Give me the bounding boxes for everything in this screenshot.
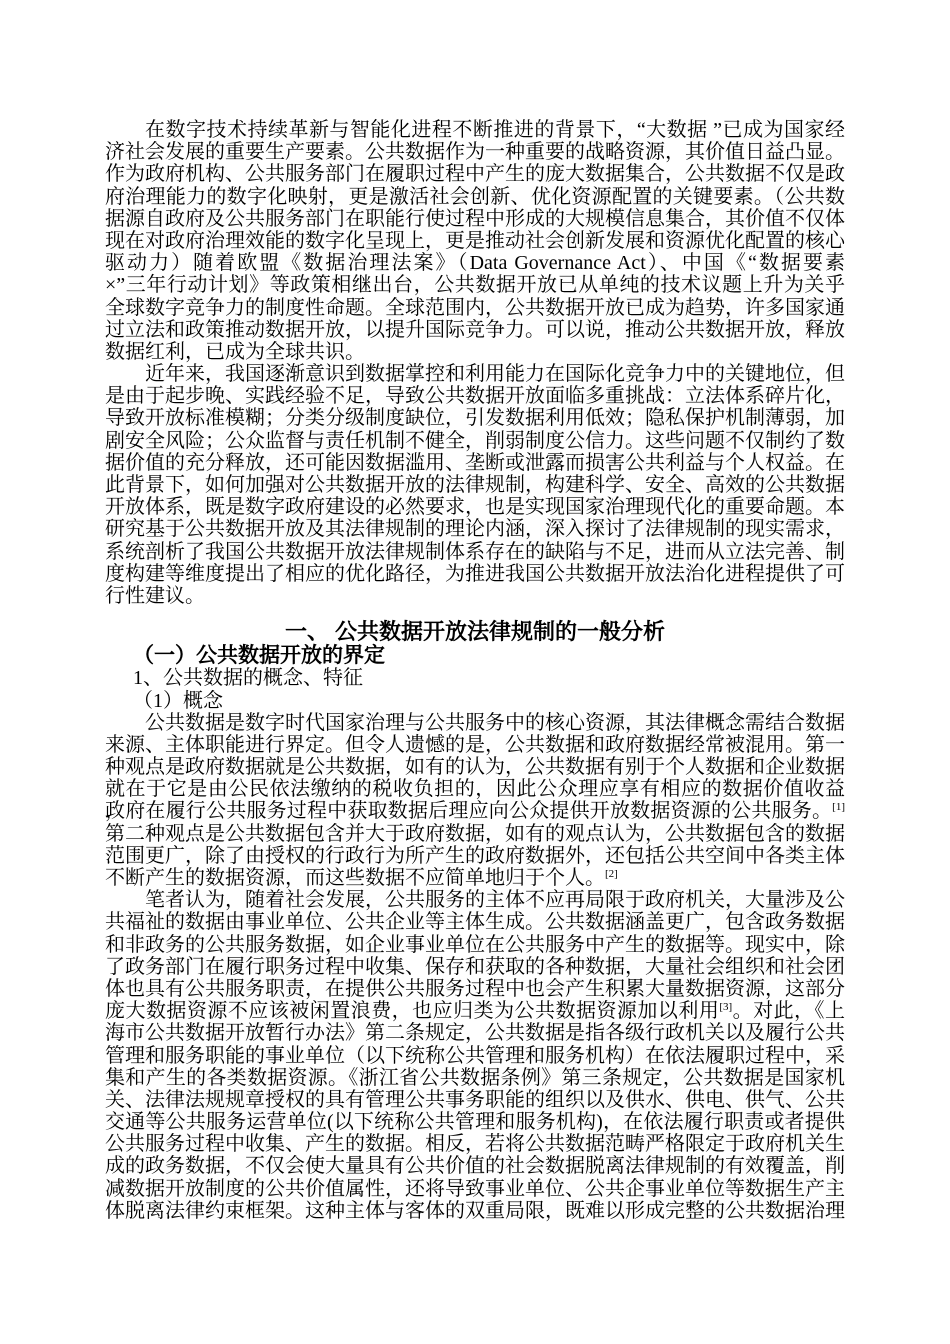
body-text-line: 交通等公共服务运营单位(以下统称公共管理和服务机构)，在依法履行职责或者提供 bbox=[105, 1111, 845, 1133]
body-text-line: 系统剖析了我国公共数据开放法律规制体系存在的缺陷与不足，进而从立法完善、制 bbox=[105, 541, 845, 563]
body-text-line: 在数字技术持续革新与智能化进程不断推进的背景下，“大数据 ”已成为国家经 bbox=[105, 119, 845, 141]
body-text-line: 就在于它是由公民依法缴纳的税收负担的，因此公众理应享有相应的数据价值收益 ， bbox=[105, 778, 845, 800]
document-page: 在数字技术持续革新与智能化进程不断推进的背景下，“大数据 ”已成为国家经济社会发… bbox=[0, 0, 950, 1344]
body-text-line: 济社会发展的重要生产要素。公共数据作为一种重要的战略资源，其价值日益凸显。 bbox=[105, 141, 845, 163]
body-text-line: 笔者认为，随着社会发展，公共服务的主体不应再局限于政府机关，大量涉及公 bbox=[105, 889, 845, 911]
body-text-line: 成的政务数据，不仅会使大量具有公共价值的社会数据脱离法律规制的有效覆盖，削 bbox=[105, 1155, 845, 1177]
body-text-line: 种观点是政府数据就是公共数据，如有的认为，公共数据有别于个人数据和企业数据 bbox=[105, 756, 845, 778]
sub-numbered-heading: （1）概念 bbox=[105, 690, 845, 712]
body-text-line: 庞大数据资源不应该被闲置浪费，也应归类为公共数据资源加以利用[3]。对此，《上 bbox=[105, 1000, 845, 1022]
body-text-line: 现在对政府治理效能的数字化呈现上，更是推动社会创新发展和资源优化配置的核心 bbox=[105, 230, 845, 252]
body-text-line: 共福祉的数据由事业单位、公共企业等主体生成。公共数据涵盖更广，包含政务数据 bbox=[105, 911, 845, 933]
body-text-line: 是由于起步晚、实践经验不足，导致公共数据开放面临多重挑战：立法体系碎片化， bbox=[105, 385, 845, 407]
body-text-line: 剧安全风险；公众监督与责任机制不健全，削弱制度公信力。这些问题不仅制约了数 bbox=[105, 430, 845, 452]
body-text-line: 开放体系，既是数字政府建设的必然要求，也是实现国家治理现代化的重要命题。本 bbox=[105, 496, 845, 518]
body-text-line: 范围更广，除了由授权的行政行为所产生的政府数据外，还包括公共空间中各类主体 bbox=[105, 845, 845, 867]
body-text-line: 第二种观点是公共数据包含并大于政府数据，如有的观点认为，公共数据包含的数据 bbox=[105, 823, 845, 845]
body-text-line: 减数据开放制度的公共价值属性，还将导致事业单位、公共企事业单位等数据生产主 bbox=[105, 1178, 845, 1200]
body-text-line: 全球数字竞争力的制度性命题。全球范围内，公共数据开放已成为趋势，许多国家通 bbox=[105, 297, 845, 319]
footnote-ref: [3] bbox=[719, 1001, 732, 1013]
body-text-line: 海市公共数据开放暂行办法》第二条规定，公共数据是指各级行政机关以及履行公共 bbox=[105, 1022, 845, 1044]
body-text-line: 和非政务的公共服务数据，如企业事业单位在公共服务中产生的数据等。现实中，除 bbox=[105, 934, 845, 956]
body-text-line: 数据红利，已成为全球共识。 bbox=[105, 341, 845, 363]
body-text-line: 导致开放标准模糊；分类分级制度缺位，引发数据利用低效；隐私保护机制薄弱，加 bbox=[105, 407, 845, 429]
body-text-line: 过立法和政策推动数据开放，以提升国际竞争力。可以说，推动公共数据开放，释放 bbox=[105, 319, 845, 341]
numbered-heading: 1、公共数据的概念、特征 bbox=[105, 667, 845, 689]
section-heading: 一、 公共数据开放法律规制的一般分析 bbox=[105, 619, 845, 645]
subsection-heading: （一）公共数据开放的界定 bbox=[105, 645, 845, 667]
body-text-line: 府治理能力的数字化映射，更是激活社会创新、优化资源配置的关键要素。（公共数 bbox=[105, 186, 845, 208]
body-text-line: 此背景下，如何加强对公共数据开放的法律规制，构建科学、安全、高效的公共数据 bbox=[105, 474, 845, 496]
body-text-line: 管理和服务职能的事业单位（以下统称公共管理和服务机构）在依法履职过程中，采 bbox=[105, 1045, 845, 1067]
body-text-line: 研究基于公共数据开放及其法律规制的理论内涵，深入探讨了法律规制的现实需求， bbox=[105, 518, 845, 540]
body-text-line: 度构建等维度提出了相应的优化路径，为推进我国公共数据开放法治化进程提供了可 bbox=[105, 563, 845, 585]
footnote-ref: [2] bbox=[605, 868, 618, 880]
body-text-line: 近年来，我国逐渐意识到数据掌控和利用能力在国际化竞争力中的关键地位，但 bbox=[105, 363, 845, 385]
body-text-line: 集和产生的各类数据资源。《浙江省公共数据条例》第三条规定，公共数据是国家机 bbox=[105, 1067, 845, 1089]
body-text-line: 体脱离法律约束框架。这种主体与客体的双重局限，既难以形成完整的公共数据治理 bbox=[105, 1200, 845, 1222]
body-text-line: 政府在履行公共服务过程中获取数据后理应向公众提供开放数据资源的公共服务。[1] bbox=[105, 800, 845, 822]
body-text-line: 体也具有公共服务职责，在提供公共服务过程中也会产生积累大量数据资源，这部分 bbox=[105, 978, 845, 1000]
body-text-line: 作为政府机构、公共服务部门在履职过程中产生的庞大数据集合，公共数据不仅是政 bbox=[105, 163, 845, 185]
body-text-line: 来源、主体职能进行界定。但令人遗憾的是，公共数据和政府数据经常被混用。第一 bbox=[105, 734, 845, 756]
body-text-line: 行性建议。 bbox=[105, 585, 845, 607]
body-text-line: 公共服务过程中收集、产生的数据。相反，若将公共数据范畴严格限定于政府机关生 bbox=[105, 1133, 845, 1155]
body-text-line: 据价值的充分释放，还可能因数据滥用、垄断或泄露而损害公共利益与个人权益。在 bbox=[105, 452, 845, 474]
body-text-line: 不断产生的数据资源，而这些数据不应简单地归于个人。[2] bbox=[105, 867, 845, 889]
document-content: 在数字技术持续革新与智能化进程不断推进的背景下，“大数据 ”已成为国家经济社会发… bbox=[105, 119, 845, 1222]
body-text-line: ×”三年行动计划》等政策相继出台，公共数据开放已从单纯的技术议题上升为关乎 bbox=[105, 274, 845, 296]
body-text-line: 公共数据是数字时代国家治理与公共服务中的核心资源，其法律概念需结合数据 bbox=[105, 712, 845, 734]
body-text-line: 了政务部门在履行职务过程中收集、保存和获取的各种数据，大量社会组织和社会团 bbox=[105, 956, 845, 978]
body-text-line: 关、法律法规规章授权的具有管理公共事务职能的组织以及供水、供电、供气、公共 bbox=[105, 1089, 845, 1111]
footnote-ref: [1] bbox=[832, 801, 845, 813]
body-text-line: 驱动力）随着欧盟《数据治理法案》（Data Governance Act）、中国… bbox=[105, 252, 845, 274]
body-text-line: 据源自政府及公共服务部门在职能行使过程中形成的大规模信息集合，其价值不仅体 bbox=[105, 208, 845, 230]
